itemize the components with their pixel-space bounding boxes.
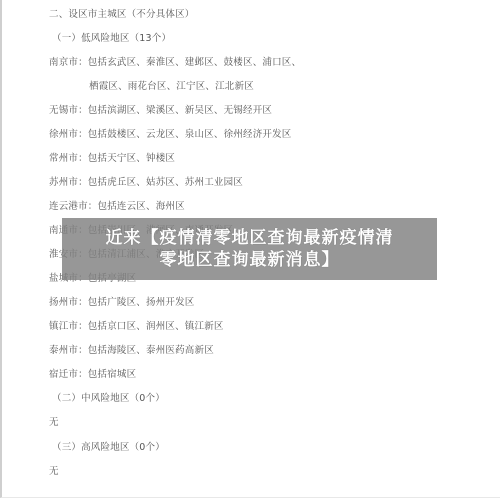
banner-line-1: 近来【疫情清零地区查询最新疫情清 [106, 227, 394, 249]
city-line-changzhou: 常州市：包括天宁区、钟楼区 [49, 150, 175, 164]
city-line-suzhou: 苏州市：包括虎丘区、姑苏区、苏州工业园区 [49, 174, 243, 188]
city-line-lianyungang: 连云港市：包括连云区、海州区 [49, 198, 185, 212]
city-line-yangzhou: 扬州市：包括广陵区、扬州开发区 [49, 294, 195, 308]
city-line-nanjing-cont: 栖霞区、雨花台区、江宁区、江北新区 [89, 78, 254, 92]
city-line-nanjing: 南京市：包括玄武区、秦淮区、建邺区、鼓楼区、浦口区、 [49, 54, 301, 68]
medium-risk-header: （二）中风险地区（0个） [52, 390, 165, 404]
city-line-taizhou: 泰州市：包括海陵区、泰州医药高新区 [49, 342, 214, 356]
medium-risk-value: 无 [49, 414, 59, 428]
high-risk-header: （三）高风险地区（0个） [52, 439, 165, 453]
section-title: 二、设区市主城区（不分具体区） [49, 6, 195, 20]
title-banner: 近来【疫情清零地区查询最新疫情清 零地区查询最新消息】 [62, 218, 437, 280]
city-line-zhenjiang: 镇江市：包括京口区、润州区、镇江新区 [49, 318, 224, 332]
city-line-xuzhou: 徐州市：包括鼓楼区、云龙区、泉山区、徐州经济开发区 [49, 126, 292, 140]
high-risk-value: 无 [49, 463, 59, 477]
banner-line-2: 零地区查询最新消息】 [160, 249, 340, 271]
city-line-suqian: 宿迁市：包括宿城区 [49, 366, 136, 380]
city-line-wuxi: 无锡市：包括滨湖区、梁溪区、新吴区、无锡经开区 [49, 102, 272, 116]
low-risk-header: （一）低风险地区（13个） [52, 30, 171, 44]
